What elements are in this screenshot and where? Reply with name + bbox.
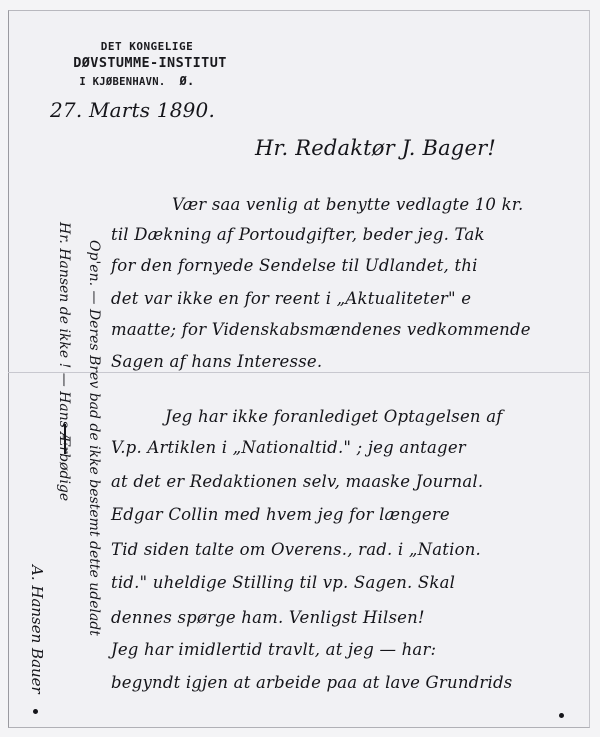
body-line: Sagen af hans Interesse. xyxy=(111,352,322,371)
body-line: Jeg har imidlertid travlt, at jeg — har: xyxy=(111,640,436,659)
body-line: begyndt igjen at arbeide paa at lave Gru… xyxy=(111,673,512,692)
body-line: Vær saa venlig at benytte vedlagte 10 kr… xyxy=(172,195,524,214)
body-line: at det er Redaktionen selv, maaske Journ… xyxy=(111,472,483,491)
signature: A. Hansen Bauer xyxy=(28,565,46,694)
letter-date: 27. Marts 1890. xyxy=(50,98,215,122)
body-line: Edgar Collin med hvem jeg for længere xyxy=(111,505,450,524)
salutation: Hr. Redaktør J. Bager! xyxy=(255,136,496,160)
body-line: tid." uheldige Stilling til vp. Sagen. S… xyxy=(111,573,455,592)
body-line: det var ikke en for reent i „Aktualitete… xyxy=(111,289,471,308)
body-line: Jeg har ikke foranlediget Optagelsen af xyxy=(165,407,503,426)
body-line: for den fornyede Sendelse til Udlandet, … xyxy=(111,256,478,275)
letterhead-line-1: DET KONGELIGE xyxy=(34,40,260,53)
letterhead-line-3: I KJØBENHAVN.Ø. xyxy=(14,74,260,88)
body-line: Tid siden talte om Overens., rad. i „Nat… xyxy=(111,540,481,559)
ink-dot xyxy=(33,709,38,714)
margin-note-outer: Hr. Hansen de ikke ! — Hans Ærbødige xyxy=(56,222,72,501)
letterhead-city: I KJØBENHAVN. xyxy=(79,76,165,88)
ink-dot xyxy=(559,713,564,718)
letterhead-line-2: DØVSTUMME-INSTITUT xyxy=(40,55,260,71)
letterhead-district: Ø. xyxy=(180,74,195,88)
body-line: maatte; for Videnskabsmændenes vedkommen… xyxy=(111,320,531,339)
body-line: til Dækning af Portoudgifter, beder jeg.… xyxy=(111,225,485,244)
letterhead: DET KONGELIGE DØVSTUMME-INSTITUT I KJØBE… xyxy=(40,40,260,88)
body-line: V.p. Artiklen i „Nationaltid." ; jeg ant… xyxy=(111,438,466,457)
body-line: dennes spørge ham. Venligst Hilsen! xyxy=(111,608,425,627)
margin-dash xyxy=(64,424,66,454)
margin-note-inner: Op'en. — Deres Brev bad de ikke bestemt … xyxy=(86,240,102,636)
